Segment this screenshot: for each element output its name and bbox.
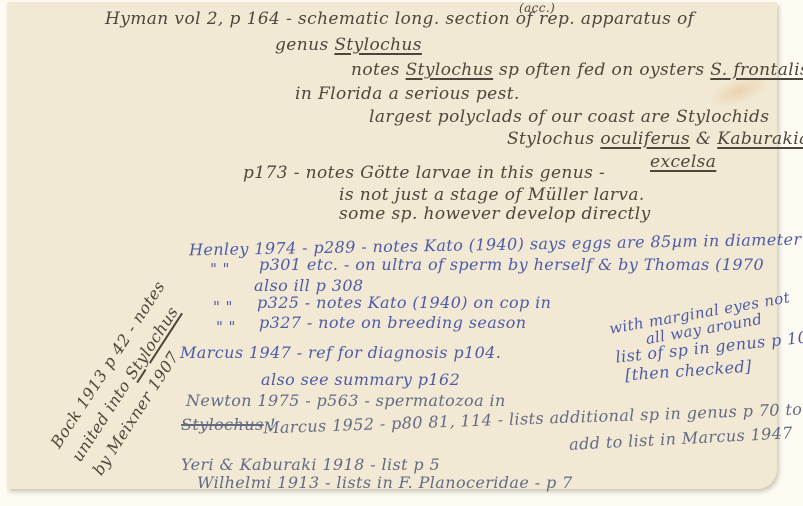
note-word-notes: notes: [351, 60, 400, 80]
note-line3-mid: sp often fed on oysters: [499, 60, 705, 80]
ditto-mark-1: " ": [210, 261, 230, 278]
note-hyman-line1-end: apparatus of: [581, 9, 695, 29]
ref-marcus-1947-summary: also see summary p162: [261, 371, 460, 389]
rotated-bock-note: Bock 1913 p 42 - notes united into Stylo…: [45, 276, 214, 480]
note-hyman-line1: Hyman vol 2, p 164 - schematic long. sec…: [105, 10, 694, 29]
ditto-mark-2: " ": [213, 299, 233, 316]
ditto-mark-3: " ": [216, 319, 236, 336]
note-hyman-line1-rep: rep.: [539, 9, 575, 29]
genus-word: genus: [275, 35, 329, 55]
note-hyman-line4: in Florida a serious pest.: [295, 85, 520, 104]
ref-henley-p327: p327 - note on breeding season: [259, 314, 527, 332]
ref-newton-1975: Newton 1975 - p563 - spermatozoa in: [186, 392, 506, 410]
ref-marcus-1947: Marcus 1947 - ref for diagnosis p104.: [180, 344, 501, 362]
ref-yeri-kaburaki-1918: Yeri & Kaburaki 1918 - list p 5: [181, 456, 440, 474]
ref-henley-p325: p325 - notes Kato (1940) on cop in: [257, 294, 551, 312]
note-p173: p173 - notes Götte larvae in this genus …: [243, 164, 605, 183]
note-hyman-line6: Stylochus oculiferus & Kaburakia: [507, 130, 803, 149]
note-hyman-line5: largest polyclads of our coast are Stylo…: [369, 108, 769, 127]
ref-henley-p301: p301 etc. - on ultra of sperm by herself…: [259, 256, 764, 274]
ampersand: &: [696, 129, 712, 149]
genus-stylochus-2: Stylochus: [507, 129, 595, 149]
species-frontalis: S. frontalis: [710, 60, 803, 80]
note-muller-larva: is not just a stage of Müller larva.: [339, 186, 645, 205]
genus-stylochus: Stylochus: [334, 35, 422, 55]
note-hyman-line2: genus Stylochus: [275, 36, 422, 55]
note-hyman-line1-text: Hyman vol 2, p 164 - schematic long. sec…: [105, 9, 533, 29]
ref-henley-p308: also ill p 308: [254, 277, 364, 295]
species-oculiferus: oculiferus: [600, 129, 690, 149]
struck-stylochus: Stylochus !: [181, 416, 276, 434]
note-develop-directly: some sp. however develop directly: [339, 205, 651, 224]
genus-kaburakia: Kaburakia: [717, 129, 803, 149]
species-excelsa: excelsa: [650, 153, 716, 172]
ref-wilhelmi-1913: Wilhelmi 1913 - lists in F. Planoceridae…: [197, 474, 573, 492]
note-hyman-line3: notes Stylochus sp often fed on oysters …: [351, 61, 803, 80]
ref-marcus-1952-cont: add to list in Marcus 1947: [569, 424, 794, 453]
genus-stylochus-underlined: Stylochus: [406, 60, 494, 80]
struck-word: Stylochus: [181, 415, 264, 434]
index-card: (acc.) Hyman vol 2, p 164 - schematic lo…: [7, 2, 777, 489]
